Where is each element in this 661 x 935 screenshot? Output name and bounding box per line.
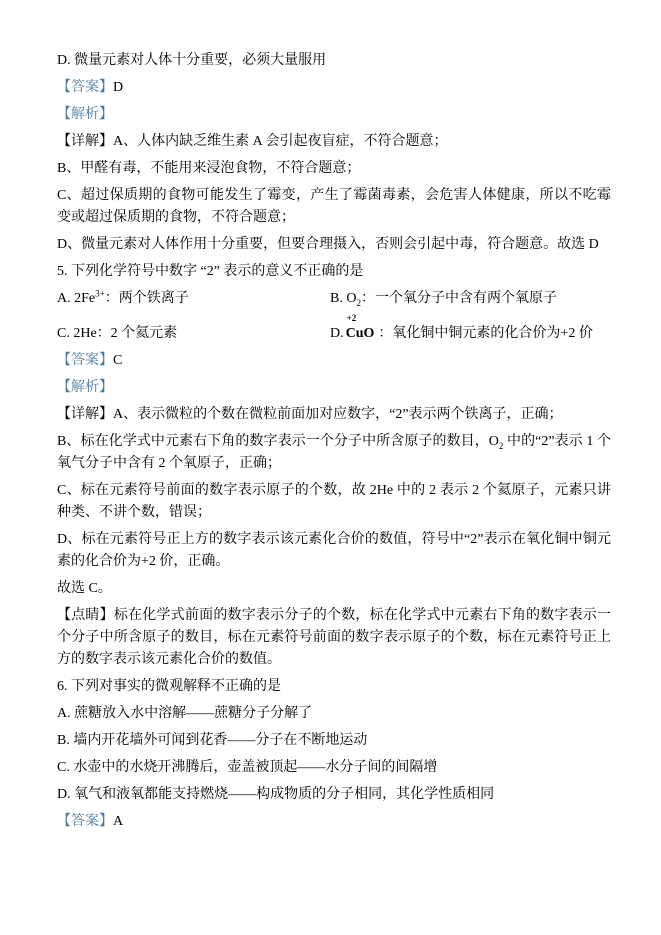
q6-option-d: D. 氧气和液氧都能支持燃烧——构成物质的分子相同，其化学性质相同 — [57, 784, 611, 806]
q5-option-d-prefix: D. — [330, 326, 344, 341]
analysis-label: 【解析】 — [57, 107, 113, 122]
exam-document-page: D. 微量元素对人体十分重要，必须大量服用 【答案】D 【解析】 【详解】A、人… — [0, 0, 661, 935]
analysis-label: 【解析】 — [57, 380, 113, 395]
cuo-valence-number: +2 — [347, 314, 357, 323]
q5-detail-a: 【详解】A、表示微粒的个数在微粒前面加对应数字，“2”表示两个铁离子，正确； — [57, 404, 611, 426]
q5-options-row-2: C. 2He：2 个氦元素 D.+2CuO：氧化铜中铜元素的化合价为+2 价 — [57, 315, 611, 345]
q5-option-d-desc: ：氧化铜中铜元素的化合价为+2 价 — [378, 326, 592, 341]
q5-answer-line: 【答案】C — [57, 350, 611, 372]
q4-detail-a: 【详解】A、人体内缺乏维生素 A 会引起夜盲症，不符合题意； — [57, 131, 611, 153]
q5-option-b-desc: ：一个氧分子中含有两个氧原子 — [361, 291, 557, 306]
q6-option-c: C. 水壶中的水烧开沸腾后，壶盖被顶起——水分子间的间隔增 — [57, 757, 611, 779]
q4-answer-value: D — [113, 80, 123, 95]
q4-analysis-line: 【解析】 — [57, 104, 611, 126]
q5-option-a-desc: ：两个铁离子 — [105, 291, 189, 306]
q5-option-a-superscript: 3+ — [95, 288, 105, 298]
q4-answer-line: 【答案】D — [57, 77, 611, 99]
q5-answer-value: C — [113, 353, 122, 368]
q5-detail-d: D、标在元素符号正上方的数字表示该元素化合价的数值，符号中“2”表示在氧化铜中铜… — [57, 529, 611, 573]
cuo-valence-notation: +2CuO — [346, 323, 375, 345]
cuo-formula: CuO — [346, 326, 375, 341]
q5-option-a: A. 2Fe3+：两个铁离子 — [57, 288, 330, 310]
q5-tip: 【点睛】标在化学式前面的数字表示分子的个数，标在化学式中元素右下角的数字表示一个… — [57, 605, 611, 671]
q6-answer-line: 【答案】A — [57, 811, 611, 833]
q5-conclusion: 故选 C。 — [57, 578, 611, 600]
q5-stem: 5. 下列化学符号中数字 “2” 表示的意义不正确的是 — [57, 261, 611, 283]
q5-option-b-text: B. O — [330, 291, 356, 306]
q5-option-b: B. O2：一个氧分子中含有两个氧原子 — [330, 288, 611, 310]
q5-option-a-text: A. 2Fe — [57, 291, 95, 306]
q6-option-b: B. 墙内开花墙外可闻到花香——分子在不断地运动 — [57, 730, 611, 752]
q5-options-row-1: A. 2Fe3+：两个铁离子 B. O2：一个氧分子中含有两个氧原子 — [57, 288, 611, 310]
answer-label: 【答案】 — [57, 814, 113, 829]
q4-detail-d: D、微量元素对人体作用十分重要，但要合理摄入，否则会引起中毒，符合题意。故选 D — [57, 234, 611, 256]
q5-analysis-line: 【解析】 — [57, 377, 611, 399]
q5-detail-c: C、标在元素符号前面的数字表示原子的个数，故 2He 中的 2 表示 2 个氦原… — [57, 480, 611, 524]
q5-detail-b: B、标在化学式中元素右下角的数字表示一个分子中所含原子的数目，O2 中的“2”表… — [57, 431, 611, 475]
q5-detail-b-text: B、标在化学式中元素右下角的数字表示一个分子中所含原子的数目，O — [57, 434, 499, 449]
q6-stem: 6. 下列对事实的微观解释不正确的是 — [57, 676, 611, 698]
answer-label: 【答案】 — [57, 80, 113, 95]
q4-option-d: D. 微量元素对人体十分重要，必须大量服用 — [57, 50, 611, 72]
q5-option-d: D.+2CuO：氧化铜中铜元素的化合价为+2 价 — [330, 323, 611, 345]
q6-answer-value: A — [113, 814, 123, 829]
q6-option-a: A. 蔗糖放入水中溶解——蔗糖分子分解了 — [57, 703, 611, 725]
answer-label: 【答案】 — [57, 353, 113, 368]
q4-detail-c: C、超过保质期的食物可能发生了霉变，产生了霉菌毒素，会危害人体健康，所以不吃霉变… — [57, 185, 611, 229]
q4-detail-b: B、甲醛有毒，不能用来浸泡食物，不符合题意； — [57, 158, 611, 180]
q5-option-c: C. 2He：2 个氦元素 — [57, 323, 330, 345]
